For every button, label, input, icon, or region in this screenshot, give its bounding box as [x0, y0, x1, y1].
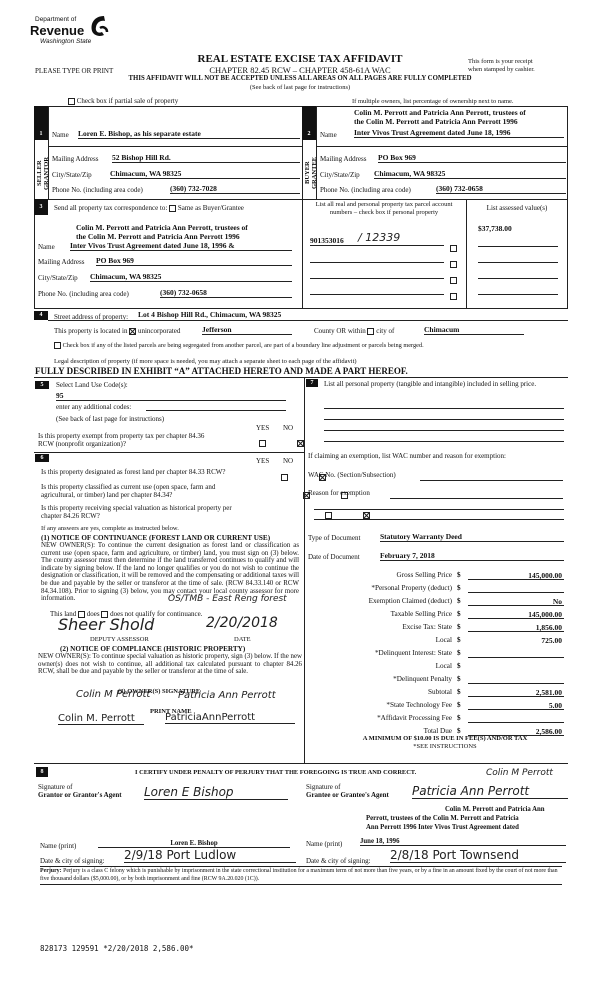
- tax-row-label: Total Due: [308, 727, 452, 735]
- tax-row-value[interactable]: 5.00: [468, 701, 562, 710]
- tax-row-label: *Delinquent Interest: State: [308, 649, 452, 657]
- tax-row: Taxable Selling Price$145,000.00: [308, 608, 566, 621]
- grantor-name-print-label: Name (print): [40, 842, 76, 850]
- tax-row: Subtotal$2,581.00: [308, 686, 566, 699]
- dollar-sign: $: [457, 701, 461, 709]
- tax-row-label: *Affidavit Processing Fee: [308, 714, 452, 722]
- parcel-handwritten: / 12339: [358, 231, 400, 244]
- tax-row-value[interactable]: No: [468, 597, 562, 606]
- logo-line2: Revenue: [30, 23, 84, 38]
- section-2-badge: 2: [302, 106, 316, 140]
- buyer-name-line2: the Colin M. Perrott and Patricia Ann Pe…: [354, 117, 518, 126]
- street-field[interactable]: Lot 4 Bishop Hill Rd., Chimacum, WA 9832…: [138, 310, 318, 319]
- doc-type-field[interactable]: Statutory Warranty Deed: [380, 532, 564, 542]
- section-6-badge: 6: [35, 454, 49, 462]
- tax-row: *Delinquent Interest: State$: [308, 647, 566, 660]
- parcel-number[interactable]: [310, 268, 444, 279]
- correspondence-label-text: Send all property tax correspondence to:: [54, 204, 167, 212]
- seller-grantor-label: SELLER GRANTOR: [36, 150, 47, 196]
- parcel-row-4: [310, 284, 460, 296]
- dollar-sign: $: [457, 571, 461, 579]
- section-3-badge: 3: [34, 199, 48, 215]
- grantee-date-city[interactable]: 2/8/18 Port Townsend: [390, 848, 566, 863]
- no-header-5: NO: [283, 424, 293, 432]
- personal-property-checkbox[interactable]: [450, 293, 457, 300]
- minimum-note: A MINIMUM OF $10.00 IS DUE IN FEE(S) AND…: [330, 735, 560, 742]
- date-label: DATE: [234, 636, 251, 644]
- corr-name-label: Name: [38, 243, 55, 251]
- receipt-note-2: when stamped by cashier.: [468, 66, 535, 74]
- unincorporated-checkbox[interactable]: [129, 328, 136, 335]
- dollar-sign: $: [457, 714, 461, 722]
- assessor-signature: Sheer Shold: [58, 615, 154, 634]
- tax-row: Local$: [308, 660, 566, 673]
- dollar-sign: $: [457, 688, 461, 696]
- county-or-city: County OR within city of: [314, 327, 394, 335]
- cashier-stamp: 828173 129591 *2/20/2018 2,586.00*: [40, 944, 194, 953]
- located-text: This property is located in: [54, 327, 127, 335]
- corr-name-line2: the Colin M. Perrott and Patricia Ann Pe…: [76, 232, 240, 241]
- grantor-sig-label-1: Signature of: [38, 783, 72, 791]
- owner-signature-2[interactable]: Patricia Ann Perrott: [178, 690, 276, 701]
- reason-field-3[interactable]: [314, 512, 564, 520]
- owner-signature-1[interactable]: Colin M Perrott: [76, 689, 150, 700]
- personal-property-line-1[interactable]: [324, 400, 564, 409]
- corr-city-field[interactable]: Chimacum, WA 98325: [90, 272, 292, 282]
- unincorporated-label: unincorporated: [138, 327, 180, 335]
- segregated-label: Check box if any of the listed parcels a…: [63, 342, 424, 349]
- exemption-label: If claiming an exemption, list WAC numbe…: [308, 452, 506, 460]
- if-yes-instructions: If any answers are yes, complete as inst…: [41, 525, 179, 533]
- segregated-checkbox[interactable]: [54, 342, 61, 349]
- buyer-name-label: Name: [320, 131, 337, 139]
- grantee-signature-1[interactable]: Colin M Perrott: [486, 768, 553, 778]
- assessed-header: List assessed value(s): [468, 204, 566, 212]
- located-label: This property is located in unincorporat…: [54, 327, 180, 335]
- county-field[interactable]: Jefferson: [202, 325, 292, 335]
- city-of-label: city of: [376, 327, 394, 335]
- tax-row-label: Gross Selling Price: [308, 571, 452, 579]
- logo-line3: Washington State: [40, 38, 91, 45]
- assessor-note: OS/TMB - East Reng forest: [168, 594, 287, 604]
- section-8-badge: 8: [36, 767, 48, 777]
- segregated-row: Check box if any of the listed parcels a…: [54, 342, 424, 350]
- seller-mailing-field[interactable]: 52 Bishop Hill Rd.: [112, 153, 300, 163]
- seller-mailing-label: Mailing Address: [52, 155, 98, 163]
- perjury-note: Perjury: Perjury is a class C felony whi…: [40, 866, 562, 885]
- personal-property-line-4[interactable]: [324, 433, 564, 442]
- assessor-date: 2/20/2018: [206, 615, 278, 631]
- parcel-number[interactable]: [310, 252, 444, 263]
- corr-mailing-label: Mailing Address: [38, 258, 84, 266]
- grantor-signature[interactable]: Loren E Bishop: [144, 785, 288, 800]
- tax-row-label: *Personal Property (deduct): [308, 584, 452, 592]
- parcel-row-3: [310, 268, 460, 280]
- warning: THIS AFFIDAVIT WILL NOT BE ACCEPTED UNLE…: [60, 75, 540, 82]
- tax-row-label: *State Technology Fee: [308, 701, 452, 709]
- buyer-phone-field[interactable]: (360) 732-0658: [436, 184, 566, 194]
- personal-property-checkbox[interactable]: [450, 277, 457, 284]
- grantee-print-line2: Perrott, trustees of the Colin M. Perrot…: [366, 815, 519, 822]
- corr-phone-field[interactable]: (360) 732-0658: [160, 288, 292, 298]
- see-instructions: *SEE INSTRUCTIONS: [330, 743, 560, 751]
- buyer-city-label: City/State/Zip: [320, 171, 360, 179]
- seller-name-field[interactable]: Loren E. Bishop, as his separate estate: [78, 129, 300, 139]
- personal-property-line-3[interactable]: [324, 422, 564, 431]
- seller-phone-field[interactable]: (360) 732-7028: [170, 184, 300, 194]
- tax-row: Exemption Claimed (deduct)$No: [308, 595, 566, 608]
- grantor-date-city-label: Date & city of signing:: [40, 857, 105, 865]
- section-1-badge: 1: [34, 106, 48, 140]
- certify-statement: I CERTIFY UNDER PENALTY OF PERJURY THAT …: [135, 769, 416, 776]
- dollar-sign: $: [457, 727, 461, 735]
- buyer-name-field[interactable]: Inter Vivos Trust Agreement dated June 1…: [354, 128, 564, 138]
- partial-sale-label: Check box if partial sale of property: [77, 97, 178, 105]
- personal-property-line-2[interactable]: [324, 411, 564, 420]
- wac-label: WAC No. (Section/Subsection): [308, 471, 396, 479]
- parcel-row-2: [310, 252, 460, 264]
- buyer-mailing-label: Mailing Address: [320, 155, 366, 163]
- tax-row-value[interactable]: 1,856.00: [468, 623, 562, 632]
- tax-row-label: Subtotal: [308, 688, 452, 696]
- same-as-buyer-label: Same as Buyer/Grantee: [178, 204, 244, 212]
- partial-sale-checkbox[interactable]: [68, 98, 75, 105]
- tax-row-label: Exemption Claimed (deduct): [308, 597, 452, 605]
- perjury-text: Perjury is a class C felony which is pun…: [40, 868, 558, 882]
- corr-phone-label: Phone No. (including area code): [38, 290, 129, 298]
- buyer-name-line1: Colin M. Perrott and Patricia Ann Perrot…: [354, 108, 526, 117]
- reason-field-2[interactable]: [314, 502, 564, 510]
- yes-header-6: YES: [256, 457, 269, 465]
- notice1-title: (1) NOTICE OF CONTINUANCE (FOREST LAND O…: [41, 534, 270, 542]
- additional-codes-label: enter any additional codes:: [56, 403, 131, 411]
- notice2-title: (2) NOTICE OF COMPLIANCE (HISTORIC PROPE…: [60, 645, 245, 653]
- seller-name-label: Name: [52, 131, 69, 139]
- grantee-name-print[interactable]: June 18, 1996: [360, 838, 566, 846]
- parcel-row-1: 901353016 / 12339: [310, 236, 460, 248]
- perjury-bold: Perjury:: [40, 868, 62, 874]
- same-as-buyer-checkbox[interactable]: [169, 205, 176, 212]
- seller-city-field[interactable]: Chimacum, WA 98325: [110, 169, 300, 179]
- doc-date-label: Date of Document: [308, 553, 360, 561]
- current-use-question: Is this property classified as current u…: [41, 483, 246, 499]
- historic-question: Is this property receiving special valua…: [41, 504, 246, 520]
- dollar-sign: $: [457, 584, 461, 592]
- grantee-sig-label-2: Grantee or Grantee's Agent: [306, 791, 389, 799]
- section-5-badge: 5: [35, 381, 49, 389]
- please-type: PLEASE TYPE OR PRINT: [35, 67, 113, 75]
- land-use-see-back: (See back of last page for instructions): [56, 415, 164, 423]
- tax-row: *Personal Property (deduct)$: [308, 582, 566, 595]
- grantee-sig-label-1: Signature of: [306, 783, 340, 791]
- tax-row-label: *Delinquent Penalty: [308, 675, 452, 683]
- corr-city-label: City/State/Zip: [38, 274, 78, 282]
- reason-field[interactable]: [390, 491, 563, 499]
- personal-property-checkbox[interactable]: [450, 245, 457, 252]
- tax-row-value[interactable]: 145,000.00: [468, 571, 562, 580]
- tax-row: *Affidavit Processing Fee$: [308, 712, 566, 725]
- print-name-1[interactable]: Colin M. Perrott: [58, 713, 144, 725]
- dollar-sign: $: [457, 649, 461, 657]
- wac-field[interactable]: [420, 473, 563, 481]
- dollar-sign: $: [457, 636, 461, 644]
- grantor-sig-label-2: Grantor or Grantor's Agent: [38, 791, 122, 799]
- corr-name-line1: Colin M. Perrott and Patricia Ann Perrot…: [76, 223, 248, 232]
- additional-codes-field[interactable]: [146, 402, 286, 411]
- tax-row: Excise Tax: State$1,856.00: [308, 621, 566, 634]
- land-use-label: Select Land Use Code(s):: [56, 381, 128, 389]
- tax-row: Local$725.00: [308, 634, 566, 647]
- notice2-text: NEW OWNER(S): To continue special valuat…: [38, 653, 302, 676]
- buyer-mailing-field[interactable]: PO Box 969: [378, 153, 566, 163]
- dollar-sign: $: [457, 610, 461, 618]
- tax-row-value[interactable]: 145,000.00: [468, 610, 562, 619]
- grantee-date-city-label: Date & city of signing:: [306, 857, 371, 865]
- forest-question: Is this property designated as forest la…: [41, 468, 225, 476]
- legal-description[interactable]: FULLY DESCRIBED IN EXHIBIT “A” ATTACHED …: [35, 366, 408, 376]
- correspondence-label: Send all property tax correspondence to:…: [54, 204, 244, 212]
- tax-row-value[interactable]: 725.00: [468, 636, 562, 645]
- see-back: (See back of last page for instructions): [170, 84, 430, 92]
- tax-row-value[interactable]: 2,581.00: [468, 688, 562, 697]
- grantee-name-print-label: Name (print): [306, 840, 342, 848]
- no-header-6: NO: [283, 457, 293, 465]
- form-title: REAL ESTATE EXCISE TAX AFFIDAVIT: [170, 53, 430, 65]
- dor-swirl-icon: [88, 14, 110, 38]
- legal-label: Legal description of property (if more s…: [54, 358, 357, 366]
- tax-row: Gross Selling Price$145,000.00: [308, 569, 566, 582]
- dollar-sign: $: [457, 597, 461, 605]
- grantee-print-line1: Colin M. Perrott and Patricia Ann: [445, 806, 545, 813]
- tax-row: *State Technology Fee$5.00: [308, 699, 566, 712]
- dollar-sign: $: [457, 675, 461, 683]
- section-7-badge: 7: [306, 379, 318, 387]
- deputy-assessor-label: DEPUTY ASSESSOR: [90, 636, 149, 644]
- county-label: County OR within: [314, 327, 366, 335]
- personal-property-label: List all personal property (tangible and…: [324, 380, 564, 388]
- corr-name-field[interactable]: Inter Vivos Trust Agreement dated June 1…: [70, 241, 292, 251]
- city-field[interactable]: Chimacum: [424, 325, 524, 335]
- dor-logo: Department of Revenue Washington State: [30, 14, 125, 54]
- buyer-grantee-label: BUYER GRANTEE: [304, 150, 315, 196]
- receipt-note-1: This form is your receipt: [468, 58, 533, 66]
- tax-row-label: Local: [308, 636, 452, 644]
- tax-row: *Delinquent Penalty$: [308, 673, 566, 686]
- multiple-owners-note: If multiple owners, list percentage of o…: [352, 98, 514, 106]
- land-use-code[interactable]: 95: [56, 391, 286, 401]
- assessed-value-1[interactable]: $37,738.00: [478, 224, 512, 233]
- doc-date-field[interactable]: February 7, 2018: [380, 551, 564, 561]
- exempt-no-checkbox[interactable]: [297, 440, 304, 447]
- dollar-sign: $: [457, 623, 461, 631]
- buyer-city-field[interactable]: Chimacum, WA 98325: [374, 169, 566, 179]
- logo-line1: Department of: [35, 16, 76, 23]
- grantee-signature-2[interactable]: Patricia Ann Perrott: [412, 784, 568, 799]
- tax-row-label: Taxable Selling Price: [308, 610, 452, 618]
- grantee-print-line3: Ann Perrott 1996 Inter Vivos Trust Agree…: [366, 824, 519, 831]
- reason-label: Reason for exemption: [308, 489, 370, 497]
- forest-yes-checkbox[interactable]: [281, 474, 288, 481]
- grantor-date-city[interactable]: 2/9/18 Port Ludlow: [124, 848, 296, 863]
- tax-row-label: Excise Tax: State: [308, 623, 452, 631]
- grantor-name-print[interactable]: Loren E. Bishop: [98, 840, 290, 848]
- parcel-number[interactable]: [310, 284, 444, 295]
- dollar-sign: $: [457, 662, 461, 670]
- city-checkbox[interactable]: [367, 328, 374, 335]
- partial-sale[interactable]: Check box if partial sale of property: [68, 97, 178, 105]
- exempt-question: Is this property exempt from property ta…: [38, 432, 218, 448]
- tax-row-label: Local: [308, 662, 452, 670]
- parcel-header: List all real and personal property tax …: [304, 201, 464, 216]
- yes-header-5: YES: [256, 424, 269, 432]
- doc-type-label: Type of Document: [308, 534, 360, 542]
- buyer-phone-label: Phone No. (including area code): [320, 186, 411, 194]
- print-name-2[interactable]: PatriciaAnnPerrott: [165, 712, 295, 724]
- seller-phone-label: Phone No. (including area code): [52, 186, 143, 194]
- personal-property-checkbox[interactable]: [450, 261, 457, 268]
- exempt-yes-checkbox[interactable]: [259, 440, 266, 447]
- seller-city-label: City/State/Zip: [52, 171, 92, 179]
- section-4-badge: 4: [34, 311, 48, 320]
- form-subtitle: CHAPTER 82.45 RCW – CHAPTER 458-61A WAC: [170, 65, 430, 75]
- corr-mailing-field[interactable]: PO Box 969: [96, 256, 292, 266]
